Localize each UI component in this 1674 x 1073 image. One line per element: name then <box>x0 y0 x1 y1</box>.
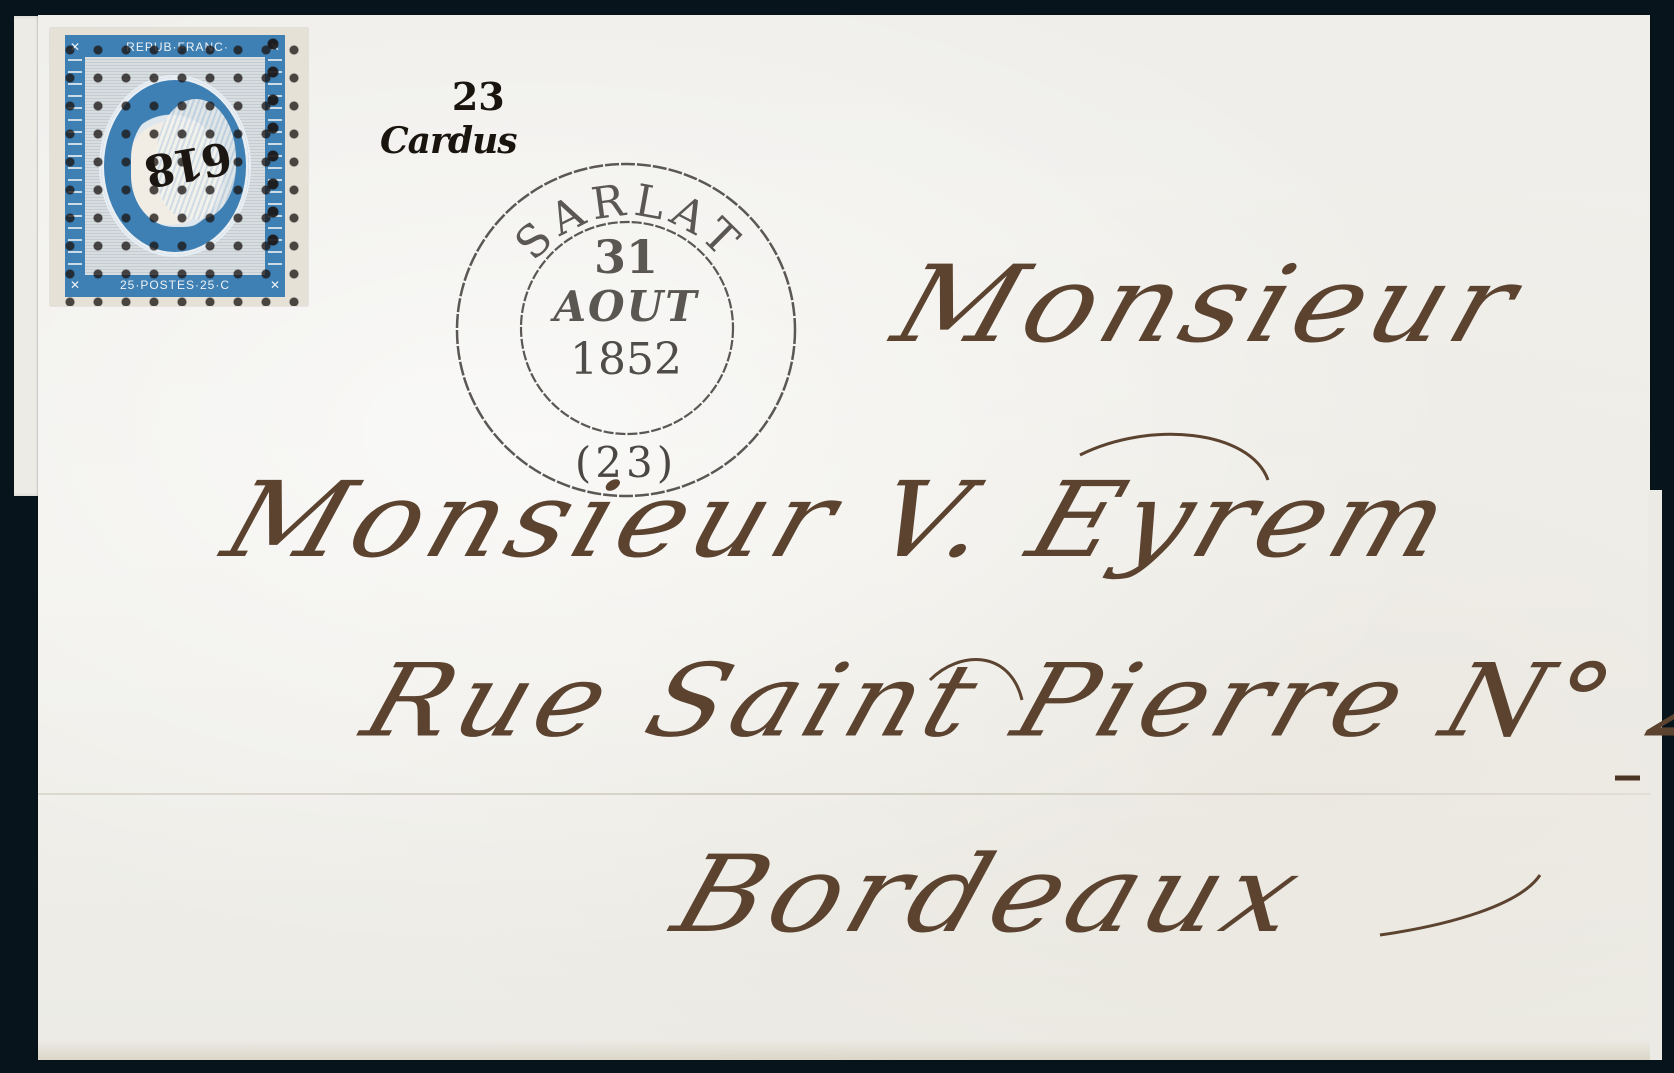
postmark-month: AOUT <box>455 282 797 331</box>
address-street: Rue Saint Pierre N° 23. <box>350 643 1674 760</box>
right-fold-edge <box>1648 490 1662 1060</box>
postmark-year: 1852 <box>455 334 797 385</box>
address-city: Bordeaux <box>660 832 1321 956</box>
address-recipient: Monsieur V. Eyrem <box>210 460 1469 582</box>
local-mark-number: 23 <box>440 75 517 119</box>
address-salutation: Monsieur <box>880 242 1537 366</box>
cancel-dots-overflow <box>262 30 284 260</box>
bottom-edge-toning <box>38 1040 1650 1060</box>
circular-date-postmark: SARLAT 31 AOUT 1852 (23) <box>455 162 797 498</box>
horizontal-fold-crease <box>38 793 1650 795</box>
postmark-day: 31 <box>455 230 797 284</box>
local-office-marking: 23 Cardus <box>380 75 517 163</box>
local-mark-town: Cardus <box>380 119 517 163</box>
